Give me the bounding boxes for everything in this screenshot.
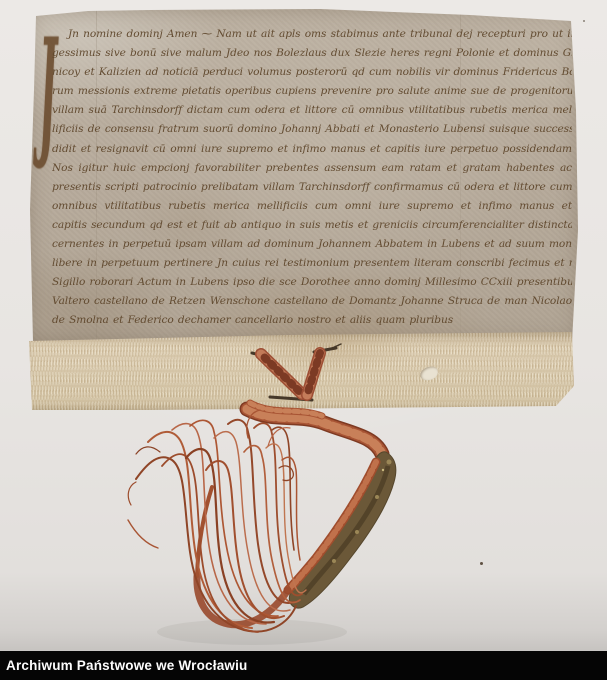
manuscript-line: capitis secundum qd est et fuit ab antiq… [52,219,572,238]
manuscript-line: Jn nomine dominj Amen ⁓ Nam ut ait apls … [52,28,572,47]
manuscript-line: Sigillo roborari Actum in Lubens ipso di… [52,276,572,295]
seal-cord-and-tassel [0,330,607,650]
manuscript-line: cernentes in perpetuū ipsam villam ad do… [52,238,572,257]
manuscript-line: Valtero castellano de Retzen Wenschone c… [52,295,572,314]
manuscript-line: omnibus vtilitatibus rubetis merica mell… [52,200,572,219]
parchment-sheet: J Jn nomine dominj Amen ⁓ Nam ut ait apl… [28,8,580,342]
manuscript-line: Nos igitur huic empcionj favorabiliter p… [52,162,572,181]
cord-v-strands [261,353,320,395]
manuscript-text: Jn nomine dominj Amen ⁓ Nam ut ait apls … [52,28,572,334]
manuscript-line: villam suā Tarchinsdorff dictam cum oder… [52,104,572,123]
manuscript-line: libere in perpetuum pertinere Jn cuius r… [52,257,572,276]
photo-background: J Jn nomine dominj Amen ⁓ Nam ut ait apl… [0,0,607,650]
archive-photo-frame: J Jn nomine dominj Amen ⁓ Nam ut ait apl… [0,0,607,680]
manuscript-line: gessimus sive bonū sive malum Jdeo nos B… [52,47,572,66]
caption-text: Archiwum Państwowe we Wrocławiu [0,659,248,673]
manuscript-line: lificiis de consensu fratrum suorū domin… [52,123,572,142]
manuscript-line: didit et resignavit cū omni iure supremo… [52,143,572,162]
manuscript-line: nicoy et Kalizien ad noticiā perduci vol… [52,66,572,85]
manuscript-line: rum messionis extreme pietatis operibus … [52,85,572,104]
wax-remnant [289,452,396,608]
dust-speck [583,20,585,22]
caption-bar: Archiwum Państwowe we Wrocławiu [0,650,607,680]
dust-speck [480,562,483,565]
manuscript-line: presentis scripti patrocinio prelibatam … [52,181,572,200]
